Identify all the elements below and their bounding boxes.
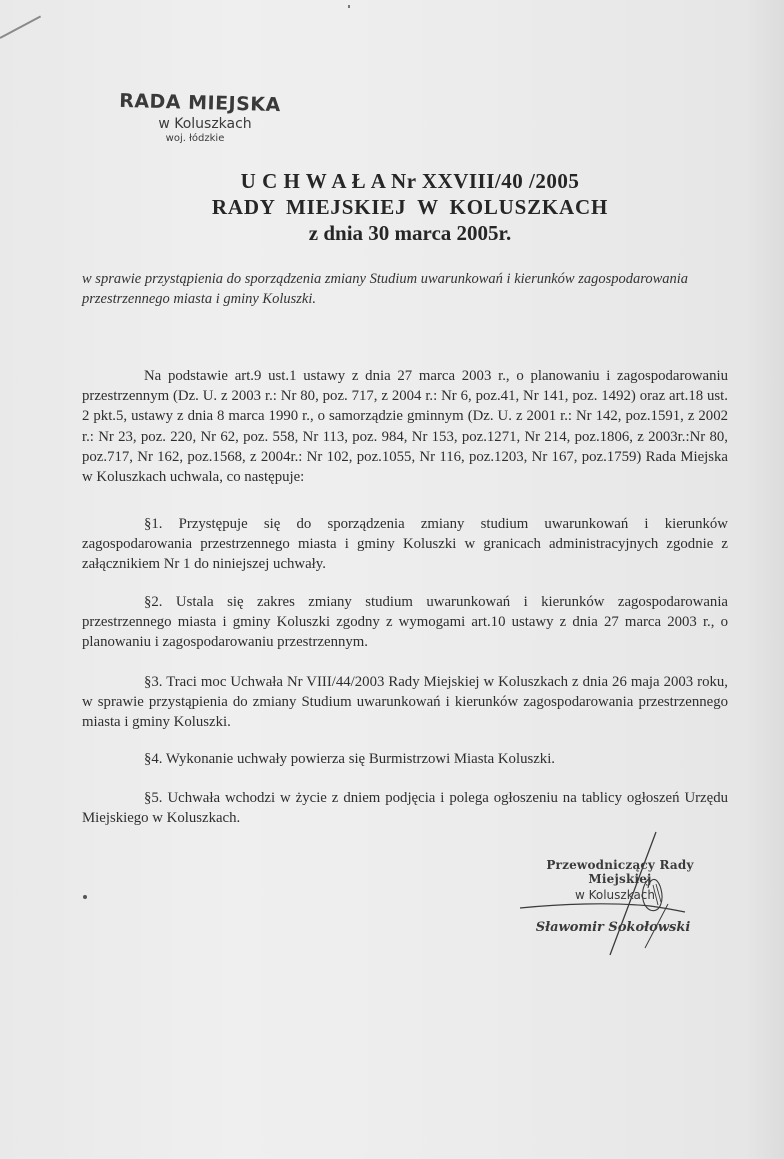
section-2: §2. Ustala się zakres zmiany studium uwa… (82, 592, 728, 653)
section-text: §1. Przystępuje się do sporządzenia zmia… (82, 516, 728, 572)
stamp-council-name: RADA MIEJSKA (105, 90, 296, 117)
scan-scratch-mark (0, 16, 41, 39)
legal-basis-paragraph: Na podstawie art.9 ust.1 ustawy z dnia 2… (82, 366, 728, 487)
council-header-stamp: RADA MIEJSKA w Koluszkach woj. łódzkie (105, 92, 295, 144)
section-3: §3. Traci moc Uchwała Nr VIII/44/2003 Ra… (82, 672, 728, 733)
legal-basis-text: Na podstawie art.9 ust.1 ustawy z dnia 2… (82, 368, 728, 485)
section-1: §1. Przystępuje się do sporządzenia zmia… (82, 514, 728, 575)
section-text: §3. Traci moc Uchwała Nr VIII/44/2003 Ra… (82, 674, 728, 730)
resolution-subject: w sprawie przystąpienia do sporządzenia … (82, 269, 722, 309)
handwritten-signature-icon (500, 830, 720, 960)
resolution-number: U C H W A Ł A Nr XXVIII/40 /2005 (150, 168, 670, 194)
resolution-title: U C H W A Ł A Nr XXVIII/40 /2005 RADY MI… (150, 168, 670, 246)
section-text: §4. Wykonanie uchwały powierza się Burmi… (144, 751, 555, 767)
section-text: §2. Ustala się zakres zmiany studium uwa… (82, 594, 728, 650)
section-4: §4. Wykonanie uchwały powierza się Burmi… (82, 749, 728, 769)
stamp-town: w Koluszkach (115, 116, 295, 132)
scanned-page: RADA MIEJSKA w Koluszkach woj. łódzkie U… (0, 0, 784, 1159)
scan-speck (83, 895, 87, 899)
stamp-voivodeship: woj. łódzkie (95, 133, 295, 144)
section-5: §5. Uchwała wchodzi w życie z dniem podj… (82, 788, 728, 828)
resolution-date: z dnia 30 marca 2005r. (150, 220, 670, 246)
scan-speck (348, 5, 350, 8)
section-text: §5. Uchwała wchodzi w życie z dniem podj… (82, 790, 728, 826)
resolution-issuer: RADY MIEJSKIEJ W KOLUSZKACH (150, 194, 670, 220)
